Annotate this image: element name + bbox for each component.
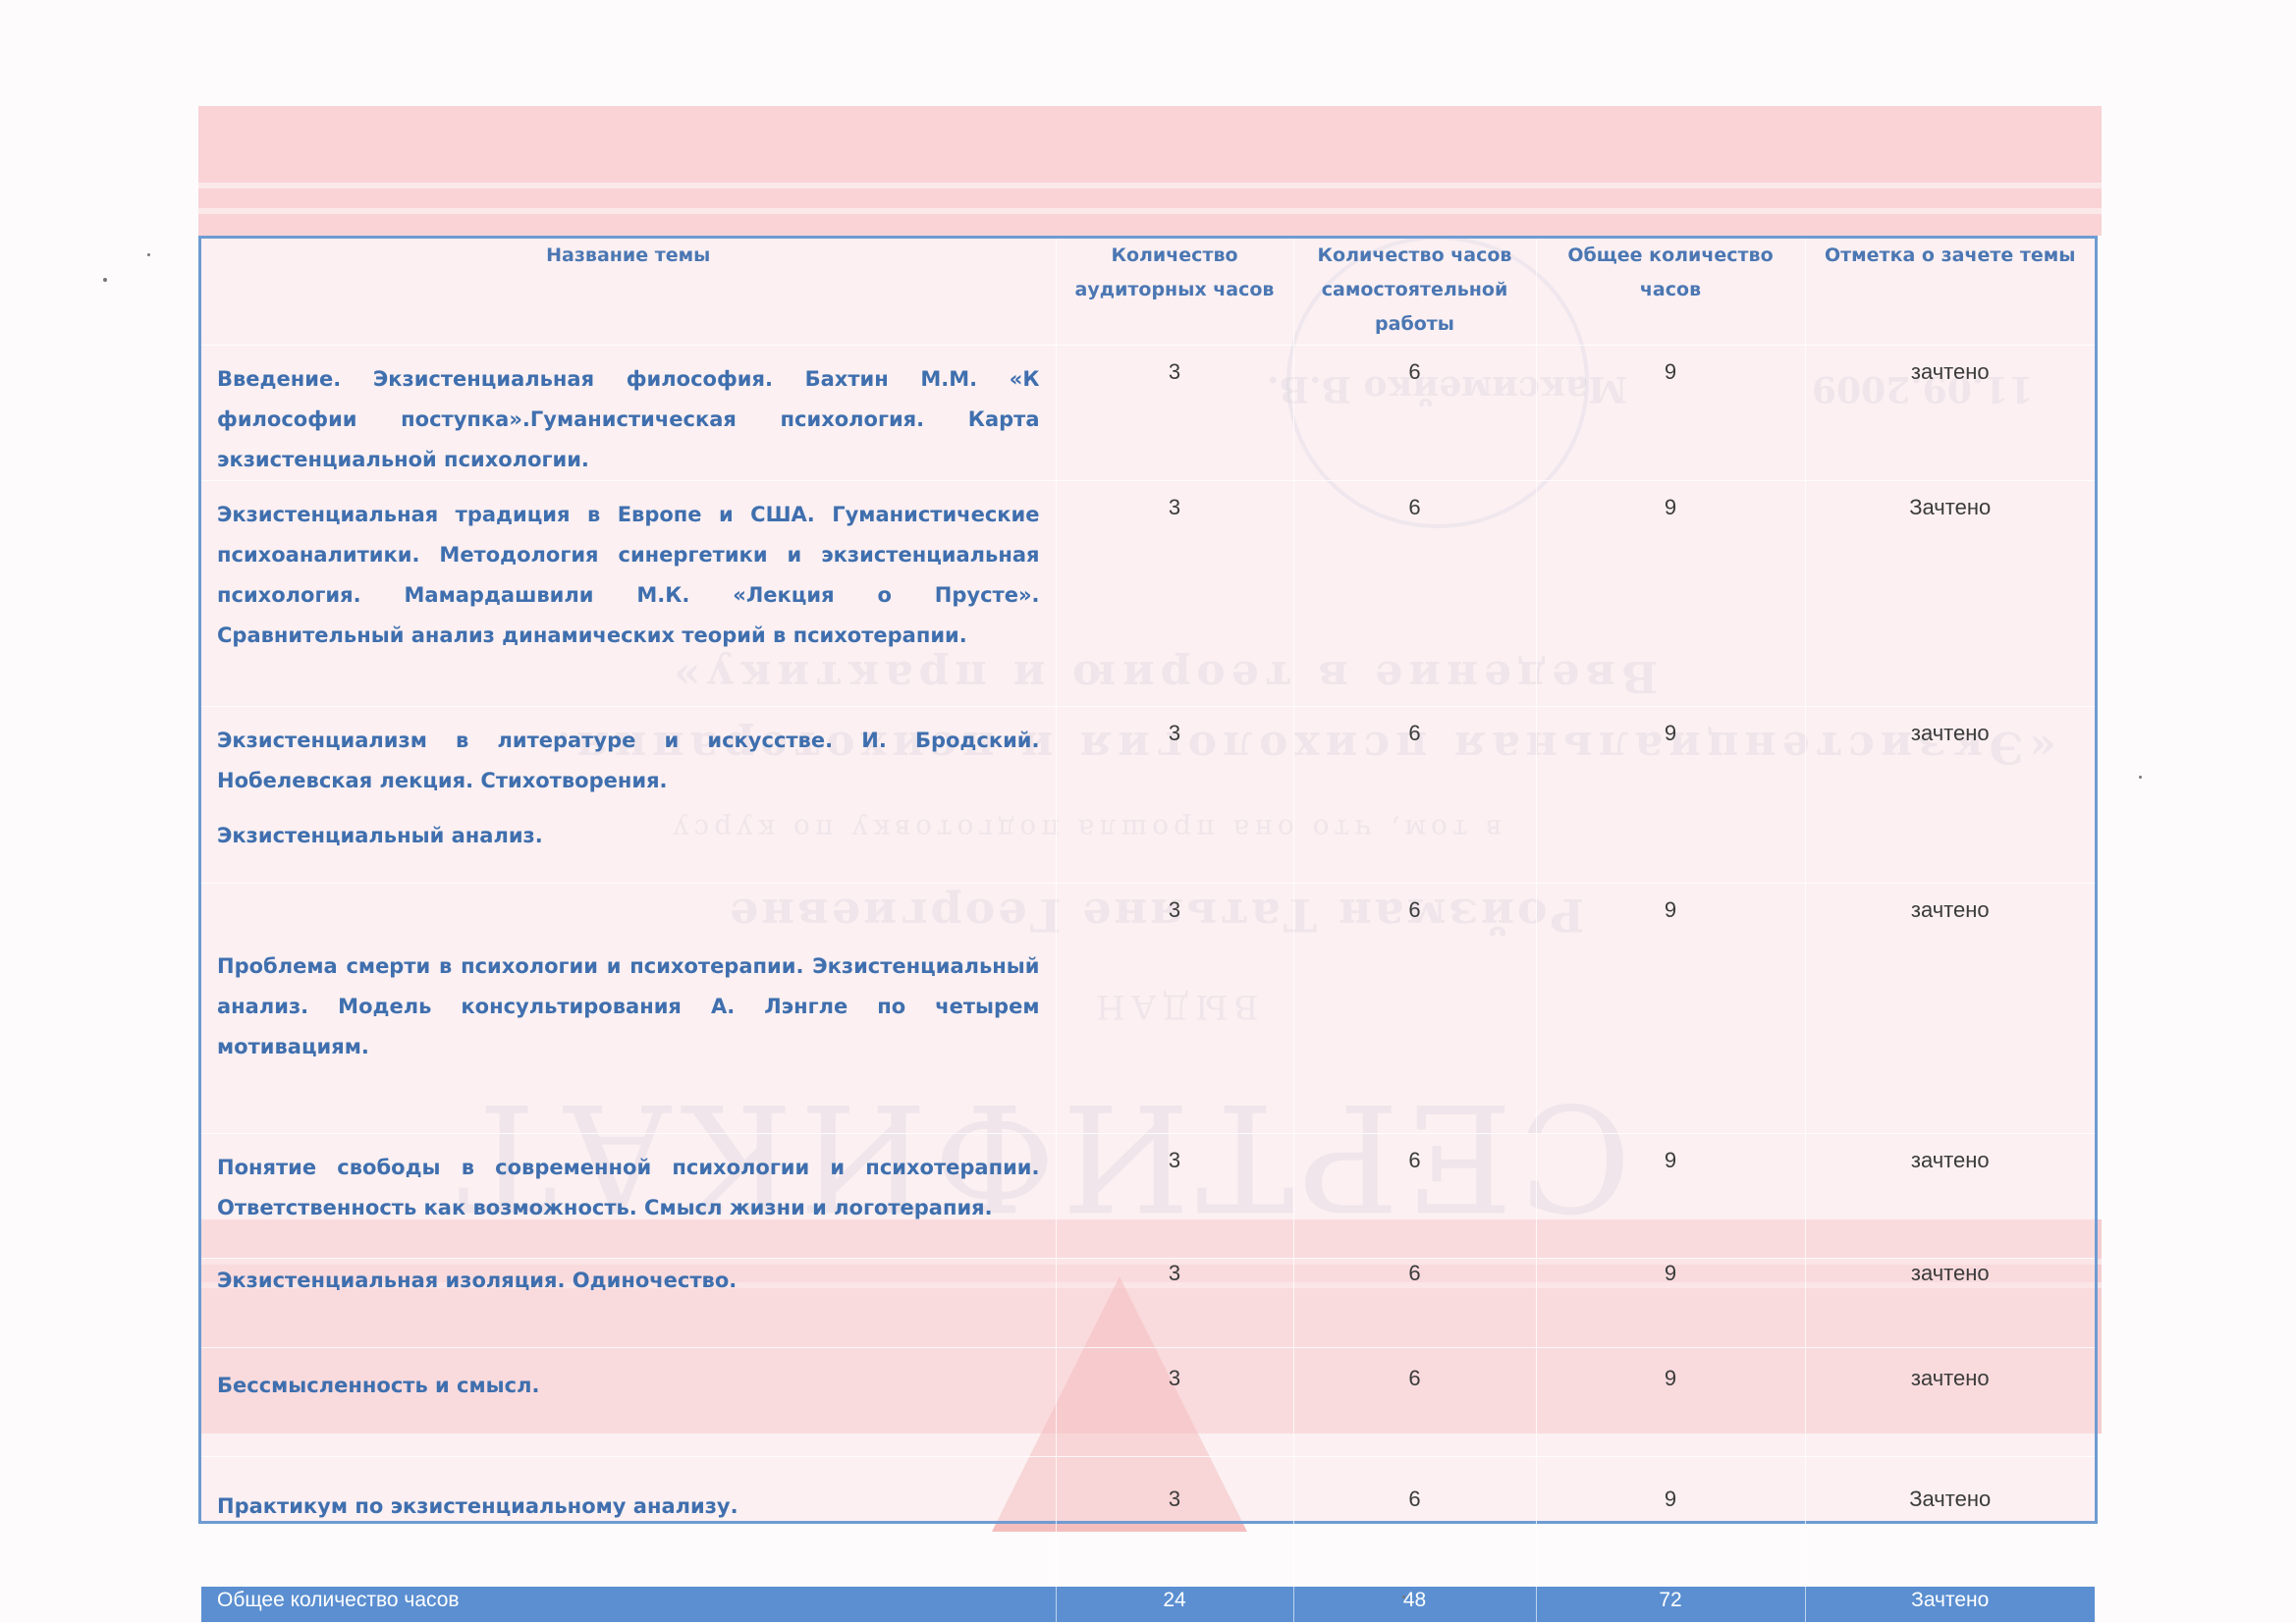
total-total-hours: 72 [1536, 1587, 1805, 1622]
total-mark: Зачтено [1805, 1587, 2095, 1622]
table-row: Экзистенциализм в литературе и искусстве… [201, 707, 2095, 813]
total-hours-cell: 9 [1536, 1348, 1805, 1457]
topic-cell: Введение. Экзистенциальная философия. Ба… [201, 346, 1056, 481]
auditory-hours-cell: 3 [1056, 1457, 1293, 1573]
auditory-hours-cell: 3 [1056, 346, 1293, 481]
self-hours-cell: 6 [1293, 884, 1536, 1134]
scan-speck [103, 278, 107, 282]
scan-speck [2139, 776, 2142, 779]
topic-cell: Экзистенциализм в литературе и искусстве… [201, 707, 1056, 813]
column-header-auditory-hours: Количество аудиторных часов [1056, 239, 1293, 346]
total-hours-cell: 9 [1536, 884, 1805, 1134]
scan-speck [147, 253, 150, 256]
column-header-self-study-hours: Количество часов самостоятельной работы [1293, 239, 1536, 346]
auditory-hours-cell: 3 [1056, 481, 1293, 707]
mark-cell: зачтено [1805, 1348, 2095, 1457]
auditory-hours-cell: 3 [1056, 884, 1293, 1134]
mark-cell [1805, 812, 2095, 884]
topic-cell: Экзистенциальный анализ. [201, 812, 1056, 884]
self-hours-cell [1293, 812, 1536, 884]
self-hours-cell: 6 [1293, 1259, 1536, 1348]
self-hours-cell: 6 [1293, 707, 1536, 813]
table-row: Введение. Экзистенциальная философия. Ба… [201, 346, 2095, 481]
auditory-hours-cell [1056, 812, 1293, 884]
mark-cell: зачтено [1805, 884, 2095, 1134]
table-row: Экзистенциальная традиция в Европе и США… [201, 481, 2095, 707]
spacer-row [201, 1572, 2095, 1587]
self-hours-cell: 6 [1293, 1457, 1536, 1573]
total-label: Общее количество часов [201, 1587, 1056, 1622]
topic-cell: Экзистенциальная традиция в Европе и США… [201, 481, 1056, 707]
column-header-mark: Отметка о зачете темы [1805, 239, 2095, 346]
paper-decoration-band-top [198, 106, 2102, 236]
table-row: Бессмысленность и смысл. 3 6 9 зачтено [201, 1348, 2095, 1457]
self-hours-cell: 6 [1293, 1348, 1536, 1457]
total-hours-cell [1536, 812, 1805, 884]
topic-cell: Проблема смерти в психологии и психотера… [201, 884, 1056, 1134]
topic-cell: Понятие свободы в современной психологии… [201, 1134, 1056, 1259]
auditory-hours-cell: 3 [1056, 1348, 1293, 1457]
self-hours-cell: 6 [1293, 481, 1536, 707]
self-hours-cell: 6 [1293, 1134, 1536, 1259]
course-topics-table: Название темы Количество аудиторных часо… [201, 239, 2095, 1622]
total-hours-cell: 9 [1536, 1259, 1805, 1348]
topic-cell: Практикум по экзистенциальному анализу. [201, 1457, 1056, 1573]
total-auditory-hours: 24 [1056, 1587, 1293, 1622]
mark-cell: Зачтено [1805, 1457, 2095, 1573]
column-header-topic: Название темы [201, 239, 1056, 346]
topic-cell: Бессмысленность и смысл. [201, 1348, 1056, 1457]
mark-cell: зачтено [1805, 1134, 2095, 1259]
self-hours-cell: 6 [1293, 346, 1536, 481]
total-hours-cell: 9 [1536, 481, 1805, 707]
table-row: Проблема смерти в психологии и психотера… [201, 884, 2095, 1134]
total-row: Общее количество часов 24 48 72 Зачтено [201, 1587, 2095, 1622]
mark-cell: зачтено [1805, 707, 2095, 813]
auditory-hours-cell: 3 [1056, 707, 1293, 813]
mark-cell: зачтено [1805, 1259, 2095, 1348]
table-row: Понятие свободы в современной психологии… [201, 1134, 2095, 1259]
table-header-row: Название темы Количество аудиторных часо… [201, 239, 2095, 346]
auditory-hours-cell: 3 [1056, 1259, 1293, 1348]
table-row: Экзистенциальная изоляция. Одиночество. … [201, 1259, 2095, 1348]
total-hours-cell: 9 [1536, 1457, 1805, 1573]
total-hours-cell: 9 [1536, 1134, 1805, 1259]
scan-speck [1402, 1596, 1405, 1598]
mark-cell: зачтено [1805, 346, 2095, 481]
table-row-subheading: Экзистенциальный анализ. [201, 812, 2095, 884]
column-header-total-hours: Общее количество часов [1536, 239, 1805, 346]
mark-cell: Зачтено [1805, 481, 2095, 707]
table-row: Практикум по экзистенциальному анализу. … [201, 1457, 2095, 1573]
total-self-hours: 48 [1293, 1587, 1536, 1622]
total-hours-cell: 9 [1536, 707, 1805, 813]
auditory-hours-cell: 3 [1056, 1134, 1293, 1259]
topic-cell: Экзистенциальная изоляция. Одиночество. [201, 1259, 1056, 1348]
total-hours-cell: 9 [1536, 346, 1805, 481]
